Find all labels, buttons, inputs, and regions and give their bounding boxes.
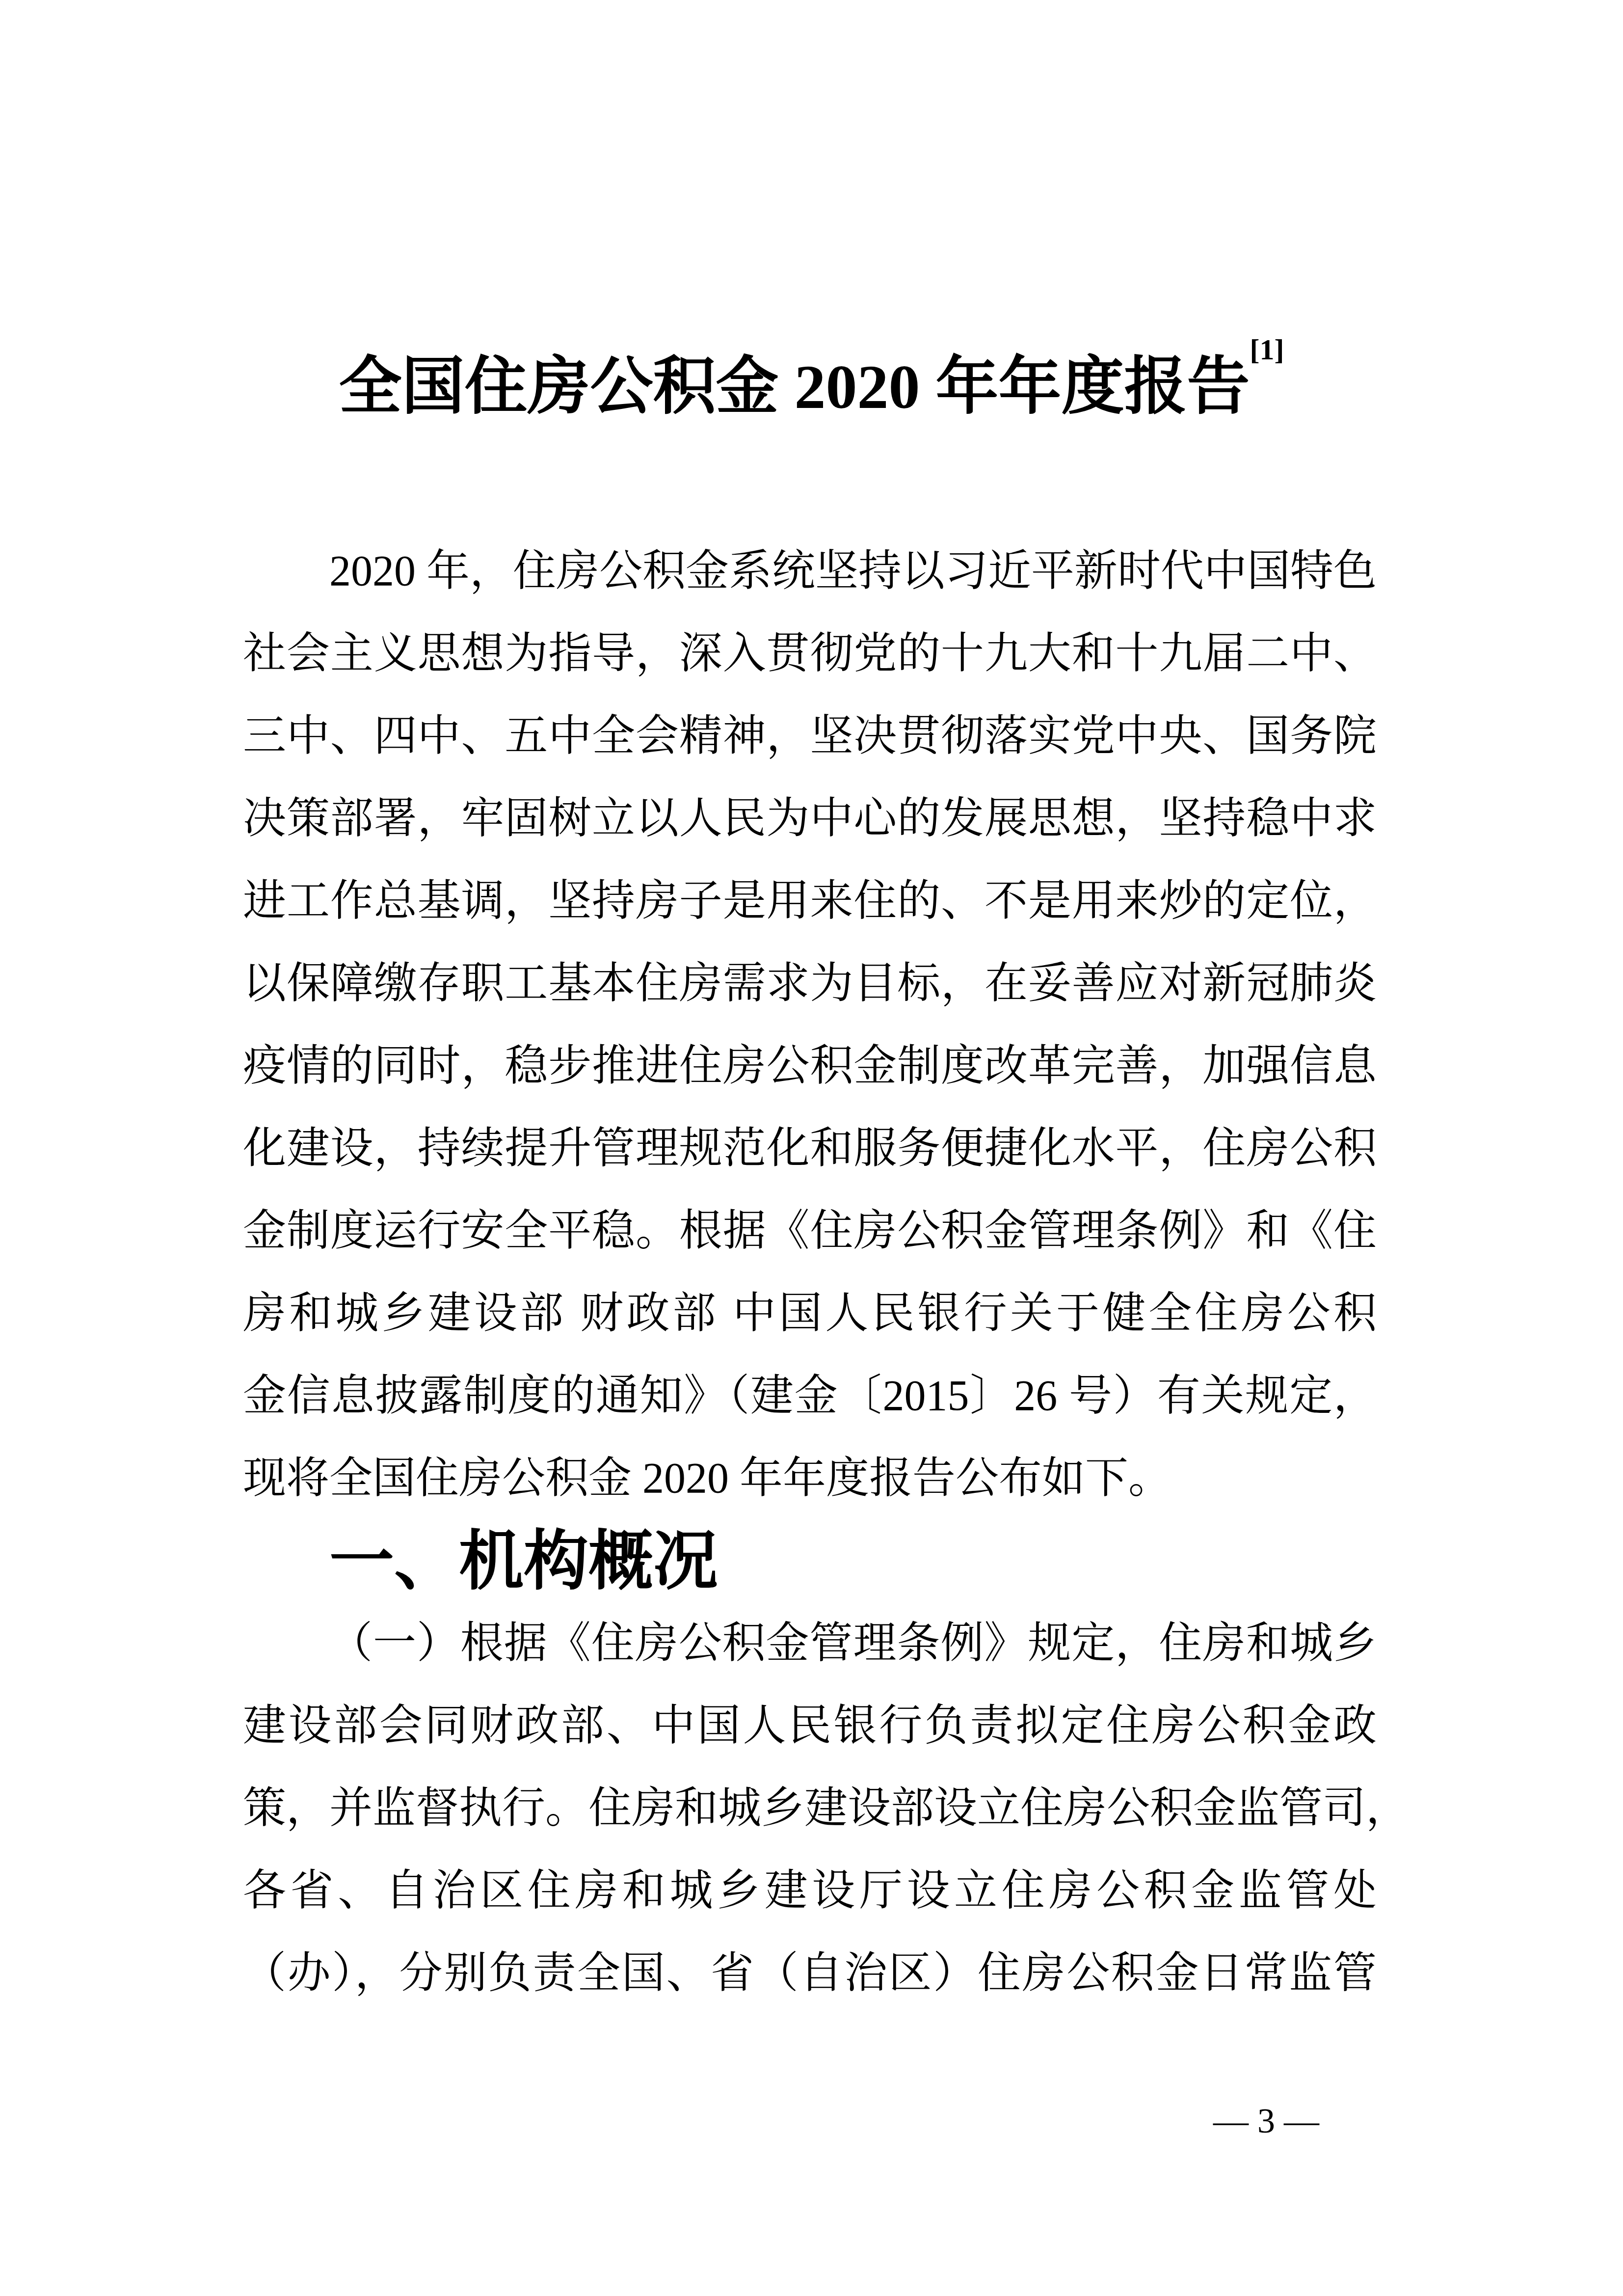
paragraph1-line: 进工作总基调，坚持房子是用来住的、不是用来炒的定位， [243, 860, 1377, 943]
paragraph1-line: 化建设，持续提升管理规范化和服务便捷化水平，住房公积 [243, 1107, 1377, 1190]
paragraph1-line: 现将全国住房公积金 2020 年年度报告公布如下。 [243, 1437, 1377, 1520]
page-number: — 3 — [1185, 2094, 1347, 2148]
paragraph1-line: 2020 年，住房公积金系统坚持以习近平新时代中国特色 [243, 530, 1377, 613]
paragraph1-line: 金信息披露制度的通知》（建金〔2015〕26 号）有关规定， [243, 1355, 1377, 1437]
paragraph1-line: 社会主义思想为指导，深入贯彻党的十九大和十九届二中、 [243, 613, 1377, 695]
paragraph1-line: 三中、四中、五中全会精神，坚决贯彻落实党中央、国务院 [243, 695, 1377, 778]
paragraph1-line: 决策部署，牢固树立以人民为中心的发展思想，坚持稳中求 [243, 778, 1377, 860]
paragraph2-line: （办），分别负责全国、省（自治区）住房公积金日常监管 [243, 1932, 1377, 2015]
paragraph1-line: 房和城乡建设部 财政部 中国人民银行关于健全住房公积 [243, 1272, 1377, 1355]
paragraph2-line: 策，并监督执行。住房和城乡建设部设立住房公积金监管司， [243, 1767, 1377, 1850]
report-title-text: 全国住房公积金 2020 年年度报告 [339, 352, 1250, 422]
paragraph1-line: 金制度运行安全平稳。根据《住房公积金管理条例》和《住 [243, 1190, 1377, 1272]
paragraph2-line: 建设部会同财政部、中国人民银行负责拟定住房公积金政 [243, 1685, 1377, 1767]
document-page: 全国住房公积金 2020 年年度报告[1] 2020 年，住房公积金系统坚持以习… [0, 0, 1623, 2296]
section-heading: 一、机构概况 [243, 1520, 1377, 1602]
paragraph2-line: （一）根据《住房公积金管理条例》规定，住房和城乡 [243, 1602, 1377, 1685]
paragraph1-line: 以保障缴存职工基本住房需求为目标，在妥善应对新冠肺炎 [243, 943, 1377, 1025]
report-title: 全国住房公积金 2020 年年度报告[1] [0, 338, 1623, 436]
paragraph1-line: 疫情的同时，稳步推进住房公积金制度改革完善，加强信息 [243, 1025, 1377, 1107]
document-body: 2020 年，住房公积金系统坚持以习近平新时代中国特色 社会主义思想为指导，深入… [243, 530, 1377, 2015]
paragraph2-line: 各省、自治区住房和城乡建设厅设立住房公积金监管处 [243, 1850, 1377, 1932]
footnote-marker: [1] [1250, 335, 1284, 364]
